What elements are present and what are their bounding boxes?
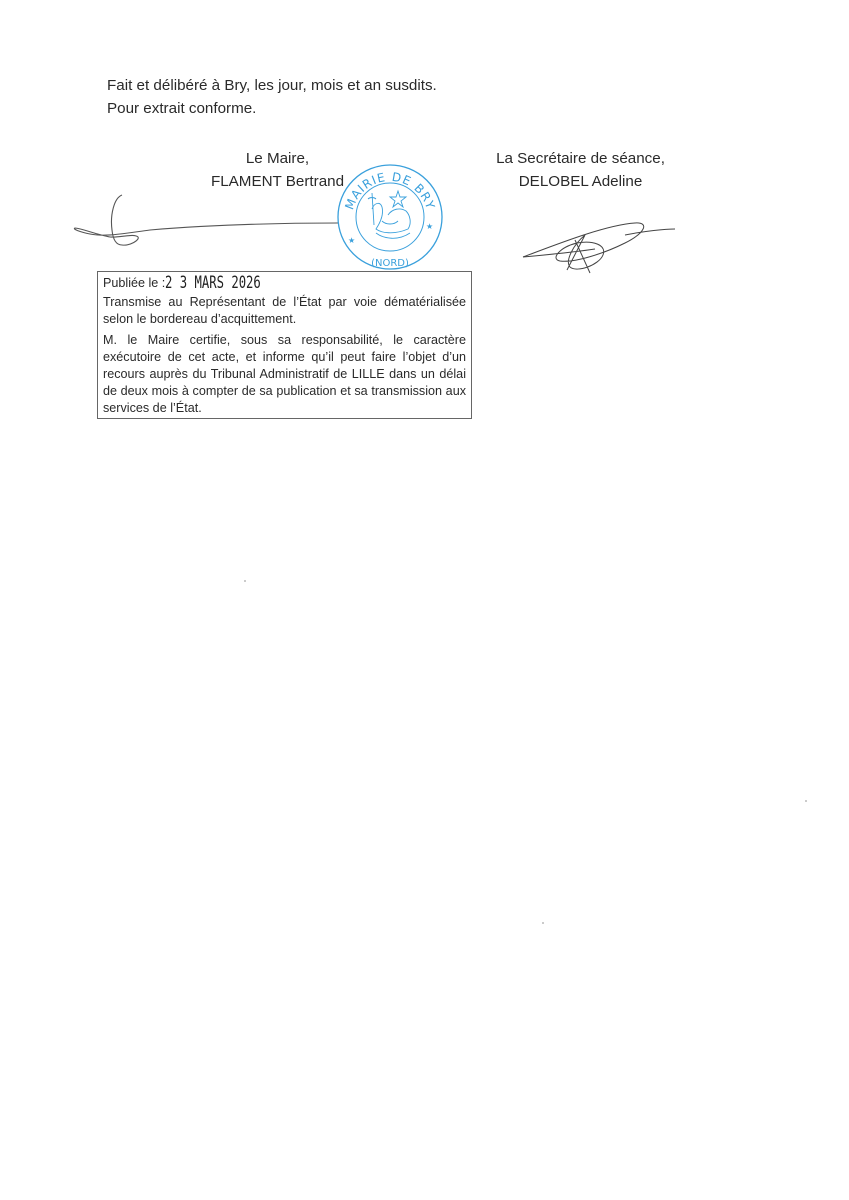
closing-line-2: Pour extrait conforme. (107, 97, 437, 120)
publication-notice: Publiée le :2 3 MARS 2026 Transmise au R… (97, 271, 472, 419)
closing-statement: Fait et délibéré à Bry, les jour, mois e… (107, 74, 437, 120)
publication-label: Publiée le : (103, 276, 165, 290)
mairie-stamp: MAIRIE DE BRY (NORD) ★ ★ (336, 163, 444, 271)
secretaire-name: DELOBEL Adeline (488, 170, 673, 193)
recours-paragraph: M. le Maire certifie, sous sa responsabi… (103, 332, 466, 417)
marianne-emblem-icon (368, 191, 410, 238)
stamp-top-text: MAIRIE DE BRY (342, 170, 437, 212)
transmission-paragraph: Transmise au Représentant de l’État par … (103, 294, 466, 328)
secretaire-title: La Secrétaire de séance, (488, 147, 673, 170)
svg-text:MAIRIE DE BRY: MAIRIE DE BRY (342, 170, 437, 212)
publication-date-line: Publiée le :2 3 MARS 2026 (103, 275, 466, 292)
stamp-star-right-icon: ★ (426, 222, 433, 231)
maire-signature (70, 190, 350, 255)
scan-speck (244, 580, 246, 582)
secretaire-signature (515, 215, 680, 275)
stamp-bottom-text: (NORD) (371, 258, 409, 269)
scan-speck (542, 922, 544, 924)
closing-line-1: Fait et délibéré à Bry, les jour, mois e… (107, 74, 437, 97)
publication-date: 2 3 MARS 2026 (165, 275, 261, 292)
scan-speck (805, 800, 807, 802)
stamp-star-left-icon: ★ (348, 236, 355, 245)
secretaire-signatory: La Secrétaire de séance, DELOBEL Adeline (488, 147, 673, 193)
